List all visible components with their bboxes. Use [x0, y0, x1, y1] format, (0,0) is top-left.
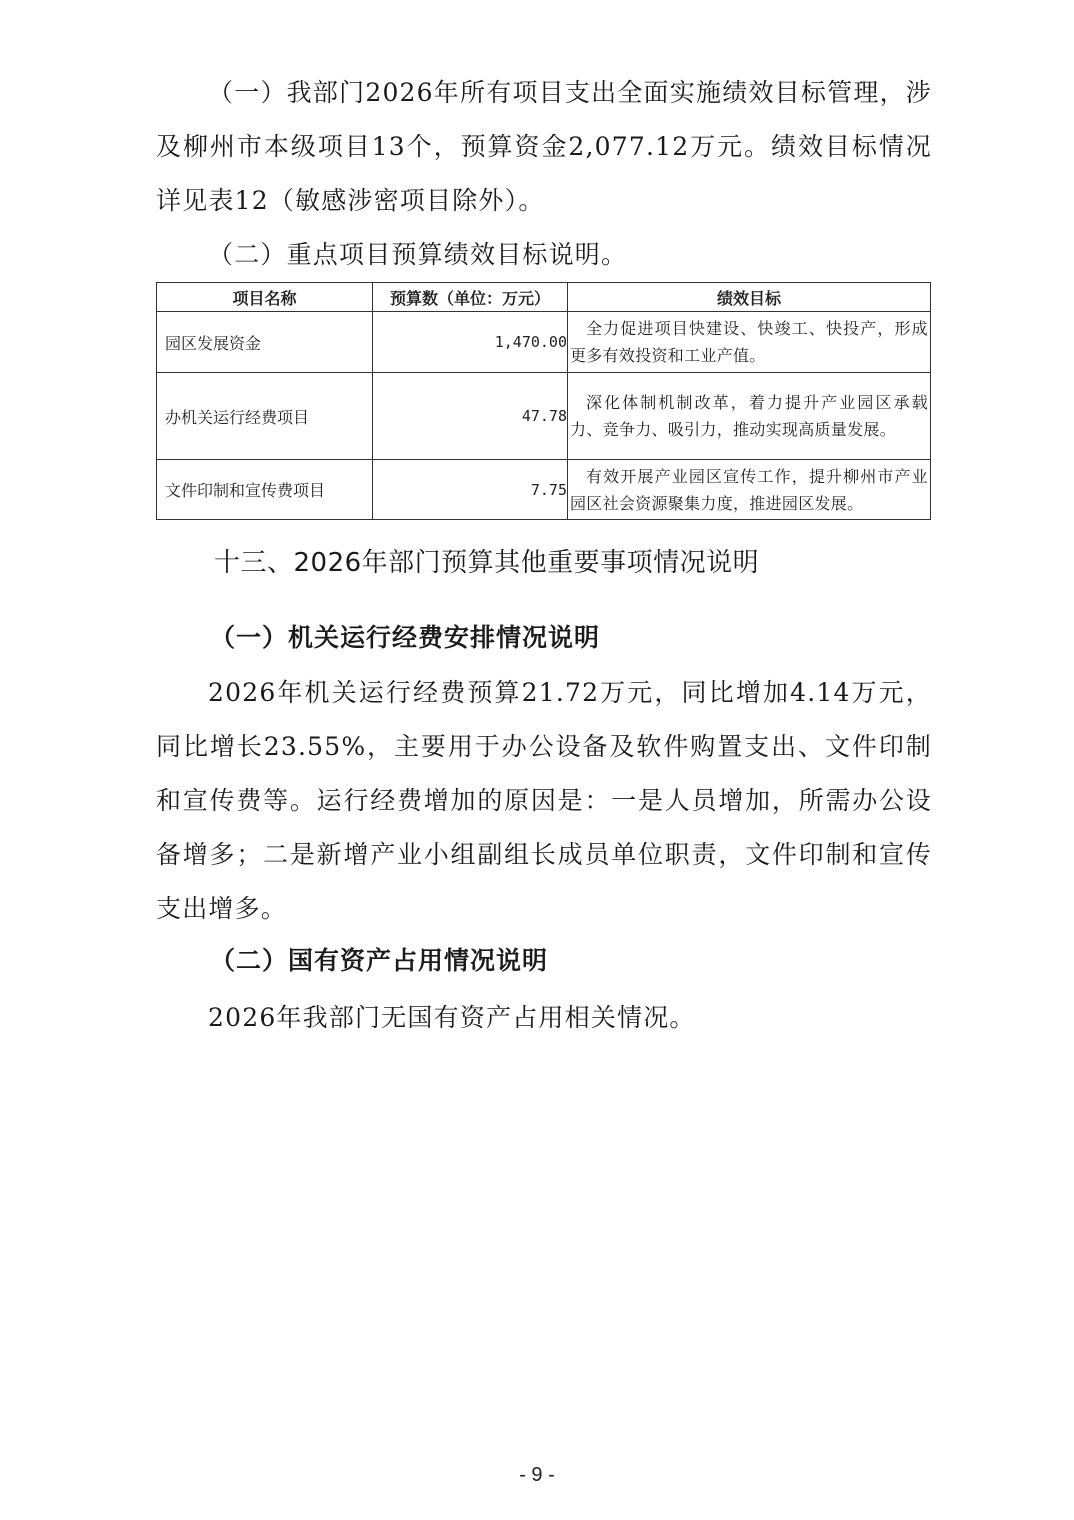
- performance-goal-cell: 全力促进项目快建设、快竣工、快投产，形成更多有效投资和工业产值。: [568, 312, 931, 373]
- performance-management-paragraph: （一）我部门2026年所有项目支出全面实施绩效目标管理，涉及柳州市本级项目13个…: [156, 66, 932, 228]
- performance-goal-cell: 有效开展产业园区宣传工作，提升柳州市产业园区社会资源聚集力度，推进园区发展。: [568, 460, 931, 520]
- project-name-cell: 园区发展资金: [157, 312, 373, 373]
- page-number: - 9 -: [0, 1464, 1074, 1487]
- column-header-performance-goal: 绩效目标: [568, 283, 931, 312]
- budget-amount-cell: 1,470.00: [373, 312, 568, 373]
- key-project-goals-heading: （二）重点项目预算绩效目标说明。: [156, 228, 932, 282]
- office-operating-costs-body: 2026年机关运行经费预算21.72万元，同比增加4.14万元，同比增长23.5…: [156, 666, 932, 936]
- table-row: 园区发展资金 1,470.00 全力促进项目快建设、快竣工、快投产，形成更多有效…: [157, 312, 931, 373]
- table-row: 文件印制和宣传费项目 7.75 有效开展产业园区宣传工作，提升柳州市产业园区社会…: [157, 460, 931, 520]
- table-row: 办机关运行经费项目 47.78 深化体制机制改革，着力提升产业园区承载力、竞争力…: [157, 373, 931, 460]
- budget-amount-cell: 47.78: [373, 373, 568, 460]
- project-performance-table: 项目名称 预算数（单位：万元） 绩效目标 园区发展资金 1,470.00 全力促…: [156, 282, 931, 520]
- table-header-row: 项目名称 预算数（单位：万元） 绩效目标: [157, 283, 931, 312]
- project-name-cell: 文件印制和宣传费项目: [157, 460, 373, 520]
- project-name-cell: 办机关运行经费项目: [157, 373, 373, 460]
- document-page: （一）我部门2026年所有项目支出全面实施绩效目标管理，涉及柳州市本级项目13个…: [0, 0, 1074, 1520]
- budget-amount-cell: 7.75: [373, 460, 568, 520]
- office-operating-costs-heading: （一）机关运行经费安排情况说明: [210, 618, 600, 658]
- state-assets-body: 2026年我部门无国有资产占用相关情况。: [156, 991, 932, 1045]
- state-assets-heading: （二）国有资产占用情况说明: [210, 941, 548, 981]
- performance-goal-cell: 深化体制机制改革，着力提升产业园区承载力、竞争力、吸引力，推动实现高质量发展。: [568, 373, 931, 460]
- column-header-budget-amount: 预算数（单位：万元）: [373, 283, 568, 312]
- section-13-title: 十三、2026年部门预算其他重要事项情况说明: [214, 543, 759, 583]
- column-header-project-name: 项目名称: [157, 283, 373, 312]
